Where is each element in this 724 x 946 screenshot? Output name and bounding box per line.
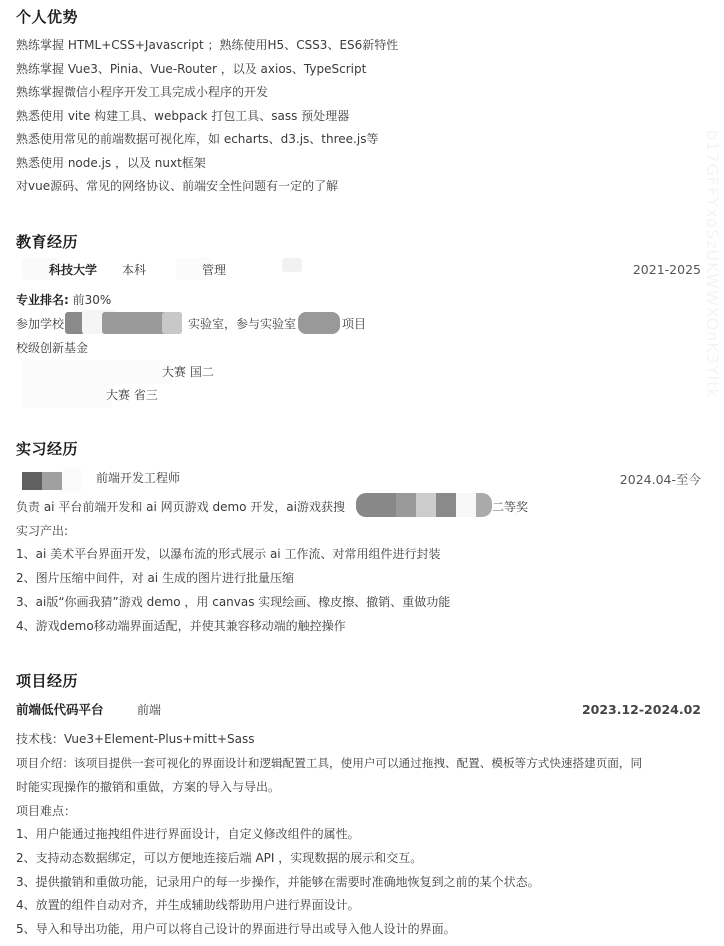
redacted-block [22, 384, 112, 408]
advantage-item: 熟悉使用 node.js ，以及 nuxt框架 [16, 155, 206, 171]
advantage-item: 熟练掌握 HTML+CSS+Javascript ；熟练使用H5、CSS3、ES… [16, 37, 398, 53]
redacted-block [282, 258, 302, 272]
lab-text-before: 参加学校 [16, 317, 64, 331]
section-title-internship: 实习经历 [16, 438, 78, 459]
project-difficulty-item: 3、提供撤销和重做功能，记录用户的每一步操作，并能够在需要时准确地恢复到之前的某… [16, 874, 540, 890]
redacted-block [22, 360, 172, 384]
internship-output-item: 2、图片压缩中间件，对 ai 生成的图片进行批量压缩 [16, 570, 294, 586]
redacted-block [162, 312, 182, 334]
internship-summary: 负责 ai 平台前端开发和 ai 网页游戏 demo 开发，ai游戏获搜 [16, 499, 345, 515]
advantage-item: 熟练掌握 Vue3、Pinia、Vue-Router ，以及 axios、Typ… [16, 61, 366, 77]
lab-text-after: 项目 [342, 316, 366, 332]
redacted-block [42, 472, 62, 490]
redacted-block [416, 493, 436, 517]
major: 管理 [202, 262, 226, 278]
project-name: 前端低代码平台 [16, 702, 104, 718]
award-line: 大赛 省三 [106, 387, 158, 403]
advantage-item: 熟悉使用 vite 构建工具、webpack 打包工具、sass 预处理器 [16, 108, 349, 124]
ranking-label: 专业排名: [16, 293, 69, 307]
internship-role: 前端开发工程师 [96, 470, 180, 486]
project-intro-cont: 时能实现操作的撤销和重做，方案的导入与导出。 [16, 779, 280, 795]
advantage-item: 对vue源码、常见的网络协议、前端安全性问题有一定的了解 [16, 178, 338, 194]
award-line: 大赛 国二 [162, 364, 214, 380]
project-role: 前端 [137, 702, 161, 718]
internship-output-item: 1、ai 美术平台界面开发，以瀑布流的形式展示 ai 工作流、对常用组件进行封装 [16, 546, 440, 562]
redacted-block [22, 472, 42, 490]
project-difficulty-item: 1、用户能通过拖拽组件进行界面设计，自定义修改组件的属性。 [16, 826, 360, 842]
watermark: b17GFFYxoSzUKWWXOnK3Yltk [703, 130, 722, 399]
school-name: 科技大学 [49, 262, 97, 278]
internship-period: 2024.04-至今 [620, 470, 701, 488]
degree: 本科 [122, 262, 146, 278]
internship-summary-award: 二等奖 [492, 499, 528, 515]
education-line: 校级创新基金 [16, 340, 88, 356]
redacted-block [356, 493, 396, 517]
redacted-block [436, 493, 456, 517]
lab-line: 参加学校 [16, 316, 64, 332]
major-ranking: 专业排名: 前30% [16, 292, 111, 308]
project-difficulty-item: 5、导入和导出功能，用户可以将自己设计的界面进行导出或导入他人设计的界面。 [16, 921, 456, 937]
internship-output-label: 实习产出: [16, 523, 68, 539]
education-period: 2021-2025 [633, 262, 701, 277]
ranking-value: 前30% [73, 293, 112, 307]
section-title-projects: 项目经历 [16, 670, 78, 691]
project-period: 2023.12-2024.02 [582, 702, 701, 717]
project-intro: 项目介绍：该项目提供一套可视化的界面设计和逻辑配置工具，使用户可以通过拖拽、配置… [16, 755, 642, 771]
project-tech-stack: 技术栈：Vue3+Element-Plus+mitt+Sass [16, 731, 255, 747]
project-difficulty-item: 4、放置的组件自动对齐，并生成辅助线帮助用户进行界面设计。 [16, 897, 360, 913]
redacted-block [476, 493, 492, 517]
internship-output-item: 3、ai版“你画我猜”游戏 demo ，用 canvas 实现绘画、橡皮擦、撤销… [16, 594, 450, 610]
redacted-block [298, 312, 340, 334]
internship-output-item: 4、游戏demo移动端界面适配，并使其兼容移动端的触控操作 [16, 618, 346, 634]
redacted-block [62, 468, 82, 492]
project-difficulty-item: 2、支持动态数据绑定，可以方便地连接后端 API ，实现数据的展示和交互。 [16, 850, 422, 866]
section-title-education: 教育经历 [16, 231, 78, 252]
redacted-block [456, 493, 476, 517]
redacted-block [396, 493, 416, 517]
section-title-advantages: 个人优势 [16, 6, 78, 27]
project-difficulty-label: 项目难点： [16, 803, 76, 819]
lab-text-middle: 实验室，参与实验室 [188, 316, 296, 332]
advantage-item: 熟悉使用常见的前端数据可视化库，如 echarts、d3.js、three.js… [16, 131, 378, 147]
advantage-item: 熟练掌握微信小程序开发工具完成小程序的开发 [16, 84, 268, 100]
